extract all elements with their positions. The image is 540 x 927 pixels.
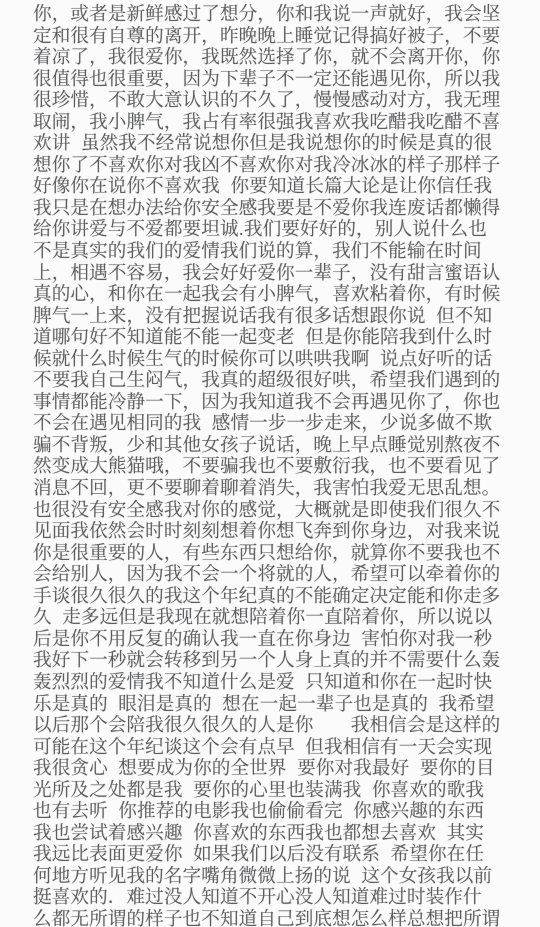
text-line: 着凉了，我很爱你，我既然选择了你，就不会离开你，你 bbox=[33, 46, 522, 68]
text-line: 骗不背叛，少和其他女孩子说话，晚上早点睡觉别熬夜不 bbox=[33, 434, 522, 456]
text-line: 也有去听 你推荐的电影我也偷偷看完 你感兴趣的东西 bbox=[33, 800, 522, 822]
text-line: 会给别人，因为我不会一个将就的人，希望可以牵着你的 bbox=[33, 563, 522, 585]
text-line: 可能在这个年纪谈这个会有点早 但我相信有一天会实现 bbox=[33, 736, 522, 758]
text-line: 消息不回，更不要聊着聊着消失，我害怕我爱无思乱想。 bbox=[33, 477, 522, 499]
text-line: 以后那个会陪我很久很久的人是你 我相信会是这样的 bbox=[33, 714, 522, 736]
text-line: 挺喜欢的．难过没人知道不开心没人知道难过时装作什 bbox=[33, 886, 522, 908]
text-line: 给你讲爱与不爱都要坦诚.我们要好好的，别人说什么也 bbox=[33, 218, 522, 240]
text-line: 不会在遇见相同的我 感情一步一步走来，少说多做不欺 bbox=[33, 412, 522, 434]
text-line: 你是很重要的人，有些东西只想给你，就算你不要我也不 bbox=[33, 542, 522, 564]
text-line: 你，或者是新鲜感过了想分，你和我说一声就好，我会坚 bbox=[33, 3, 522, 25]
text-line: 不是真实的我们的爱情我们说的算，我们不能输在时间 bbox=[33, 240, 522, 262]
text-line: 手谈很久很久的我这个年纪真的不能确定决定能和你走多 bbox=[33, 585, 522, 607]
text-line: 久 走多远但是我现在就想陪着你一直陪着你，所以说以 bbox=[33, 606, 522, 628]
text-line: 乐是真的 眼泪是真的 想在一起一辈子也是真的 我希望 bbox=[33, 693, 522, 715]
message-text[interactable]: 你，或者是新鲜感过了想分，你和我说一声就好，我会坚定和很有自尊的离开，昨晚晚上睡… bbox=[0, 0, 540, 927]
text-line: 很珍惜，不敢大意认识的不久了，慢慢感动对方，我无理 bbox=[33, 89, 522, 111]
text-line: 候就什么时候生气的时候你可以哄哄我啊 说点好听的话 bbox=[33, 348, 522, 370]
text-line: 么都无所谓的样子也不知道自己到底想怎么样总想把所谓 bbox=[33, 908, 522, 927]
text-line: 取闹，我小脾气，我占有率很强我喜欢我吃醋我吃醋不喜 bbox=[33, 111, 522, 133]
text-line: 何地方听见我的名字嘴角微微上扬的说 这个女孩我以前 bbox=[33, 865, 522, 887]
text-line: 想你了不喜欢你对我凶不喜欢你对我冷冰冰的样子那样子 bbox=[33, 154, 522, 176]
text-line: 欢讲 虽然我不经常说想你但是我说想你的时候是真的很 bbox=[33, 132, 522, 154]
text-line: 后是你不用反复的确认我一直在你身边 害怕你对我一秒 bbox=[33, 628, 522, 650]
text-line: 不要我自己生闷气，我真的超级很好哄，希望我们遇到的 bbox=[33, 369, 522, 391]
text-line: 然变成大熊猫哦，不要骗我也不要敷衍我，也不要看见了 bbox=[33, 455, 522, 477]
text-line: 上，相遇不容易，我会好好爱你一辈子，没有甜言蜜语认 bbox=[33, 262, 522, 284]
text-line: 我也尝试着感兴趣 你喜欢的东西我也都想去喜欢 其实 bbox=[33, 822, 522, 844]
text-line: 我很贪心 想要成为你的全世界 要你对我最好 要你的目 bbox=[33, 757, 522, 779]
text-line: 真的心，和你在一起我会有小脾气，喜欢粘着你，有时候 bbox=[33, 283, 522, 305]
text-line: 脾气一上来，没有把握说话我有很多话想跟你说 但不知 bbox=[33, 305, 522, 327]
text-line: 也很没有安全感我对你的感觉，大概就是即使我们很久不 bbox=[33, 499, 522, 521]
text-line: 道哪句好不知道能不能一起变老 但是你能陪我到什么时 bbox=[33, 326, 522, 348]
text-line: 我远比表面更爱你 如果我们以后没有联系 希望你在任 bbox=[33, 843, 522, 865]
text-line: 好像你在说你不喜欢我 你要知道长篇大论是让你信任我 bbox=[33, 175, 522, 197]
text-line: 光所及之处都是我 要你的心里也装满我 你喜欢的歌我 bbox=[33, 779, 522, 801]
text-line: 很值得也很重要，因为下辈子不一定还能遇见你，所以我 bbox=[33, 68, 522, 90]
text-line: 见面我依然会时时刻刻想着你想飞奔到你身边，对我来说 bbox=[33, 520, 522, 542]
text-line: 我好下一秒就会转移到另一个人身上真的并不需要什么轰 bbox=[33, 649, 522, 671]
text-line: 定和很有自尊的离开，昨晚晚上睡觉记得搞好被子，不要 bbox=[33, 25, 522, 47]
text-line: 轰烈烈的爱情我不知道什么是爱 只知道和你在一起时快 bbox=[33, 671, 522, 693]
text-line: 我只是在想办法给你安全感我要是不爱你我连废话都懒得 bbox=[33, 197, 522, 219]
text-line: 事情都能冷静一下，因为我知道我不会再遇见你了，你也 bbox=[33, 391, 522, 413]
